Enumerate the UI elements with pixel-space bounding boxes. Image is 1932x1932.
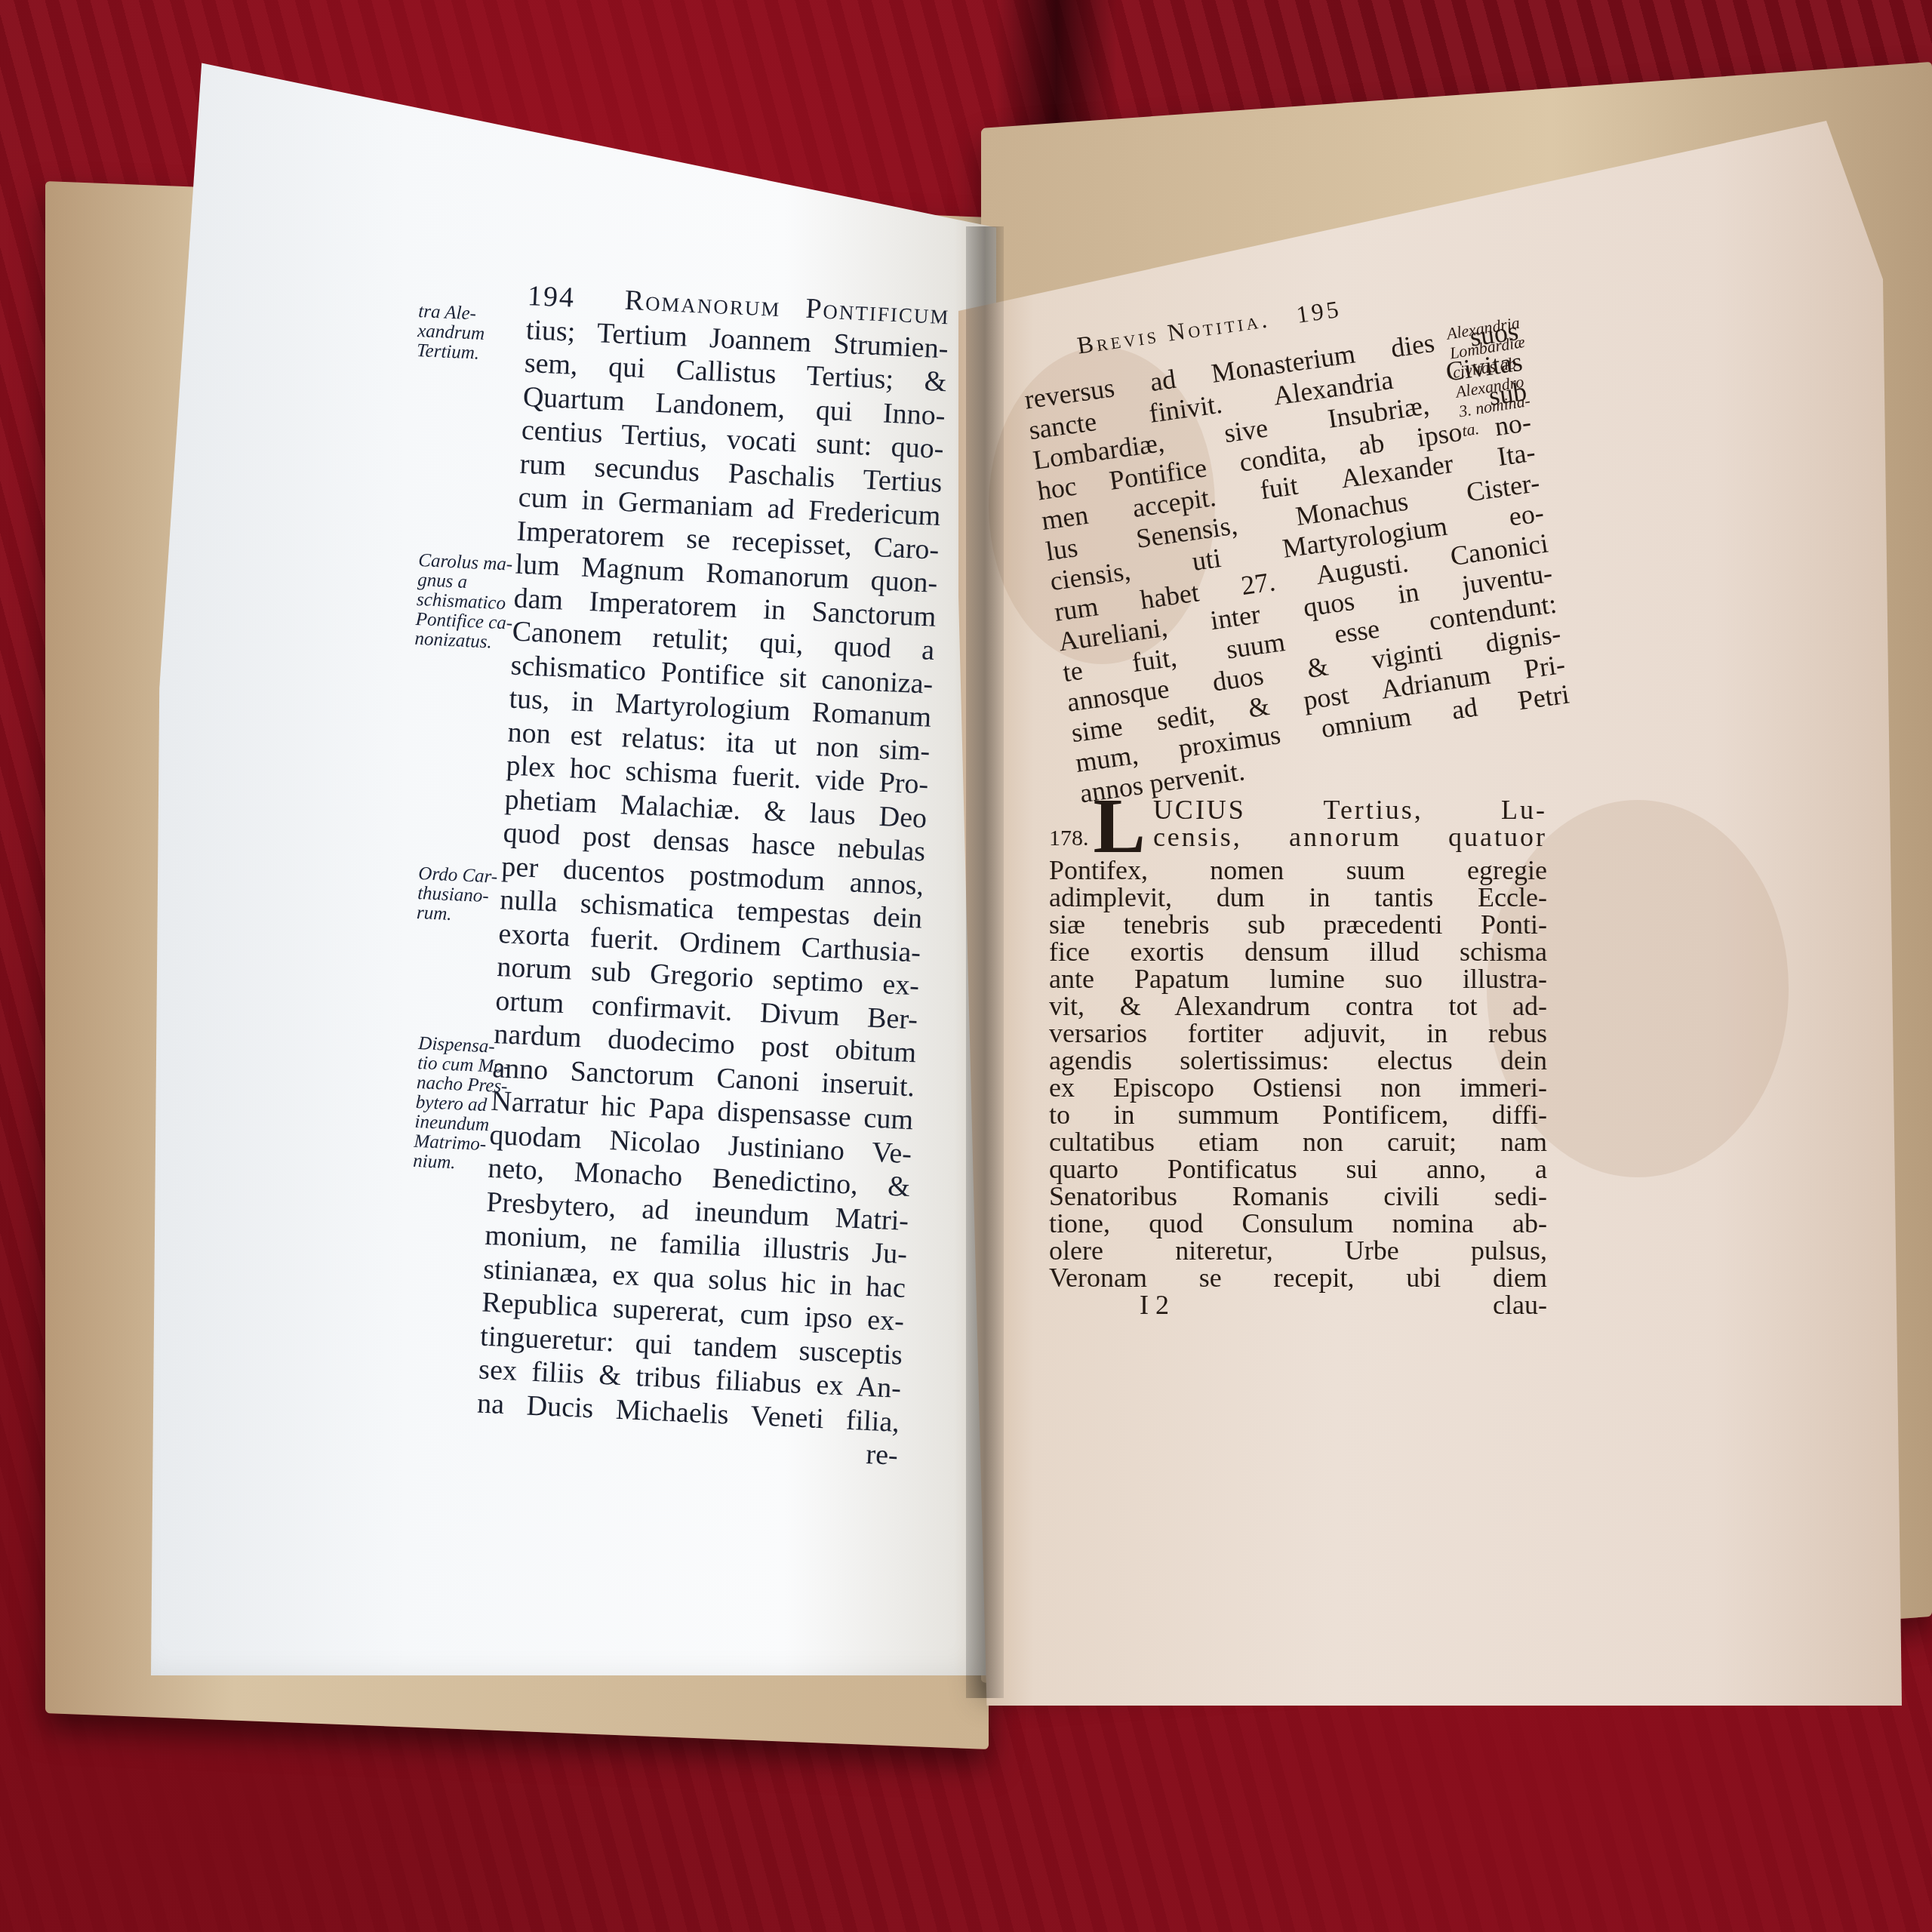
margin-note-left-4: Dispensa-tio cum Mo-nacho Pres-bytero ad…	[413, 1034, 511, 1175]
text-line: Veronam se recepit, ubi diem	[1049, 1264, 1547, 1291]
drop-cap: L	[1094, 796, 1146, 857]
text-line: siæ tenebris sub præcedenti Ponti-	[1049, 911, 1547, 938]
margin-note-line: nium.	[413, 1152, 506, 1176]
text-line: ante Papatum lumine suo illustra-	[1049, 965, 1547, 992]
text-line: adimplevit, dum in tantis Eccle-	[1049, 884, 1547, 911]
gutter	[966, 226, 1004, 1698]
left-page-body: 194 Romanorum Pontificum tius; Tertium J…	[475, 279, 950, 1472]
margin-note-left-1: tra Ale-xandrumTertium.	[416, 302, 485, 364]
margin-note-line: rum.	[416, 903, 496, 927]
signature-mark: I 2	[1140, 1291, 1169, 1318]
page-number-left: 194	[527, 280, 576, 314]
catchword-right: clau-	[1493, 1291, 1547, 1318]
text-line: quarto Pontificatus sui anno, a	[1049, 1155, 1547, 1183]
text-line: Senatoribus Romanis civili sedi-	[1049, 1183, 1547, 1210]
entry-number: 178.	[1049, 825, 1089, 852]
margin-note-left-2: Carolus ma-gnus aschismaticoPontifice ca…	[414, 551, 515, 654]
text-line: tione, quod Consulum nomina ab-	[1049, 1210, 1547, 1237]
page-footer: I 2 clau-	[1049, 1291, 1547, 1318]
text-line: versarios fortiter adjuvit, in rebus	[1049, 1020, 1547, 1047]
text-line: UCIUS Tertius, Lu-	[1153, 796, 1547, 823]
text-line: cultatibus etiam non caruit; nam	[1049, 1128, 1547, 1155]
margin-note-line: Tertium.	[416, 341, 484, 364]
page-number-right: 195	[1294, 295, 1343, 328]
margin-note-left-3: Ordo Car-thusiano-rum.	[416, 864, 497, 927]
text-line: ex Episcopo Ostiensi non immeri-	[1049, 1074, 1547, 1101]
text-line: censis, annorum quatuor	[1153, 823, 1547, 851]
text-line: olere niteretur, Urbe pulsus,	[1049, 1237, 1547, 1264]
text-line: agendis solertissimus: electus dein	[1049, 1047, 1547, 1074]
text-line: fice exortis densum illud schisma	[1049, 938, 1547, 965]
entry-lucius-tertius: 178. L UCIUS Tertius, Lu-censis, annorum…	[1049, 796, 1547, 1318]
text-line: vit, & Alexandrum contra tot ad-	[1049, 992, 1547, 1020]
text-line: Pontifex, nomen suum egregie	[1049, 857, 1547, 884]
text-line: to in summum Pontificem, diffi-	[1049, 1101, 1547, 1128]
open-book: 194 Romanorum Pontificum tius; Tertium J…	[0, 0, 1932, 1932]
